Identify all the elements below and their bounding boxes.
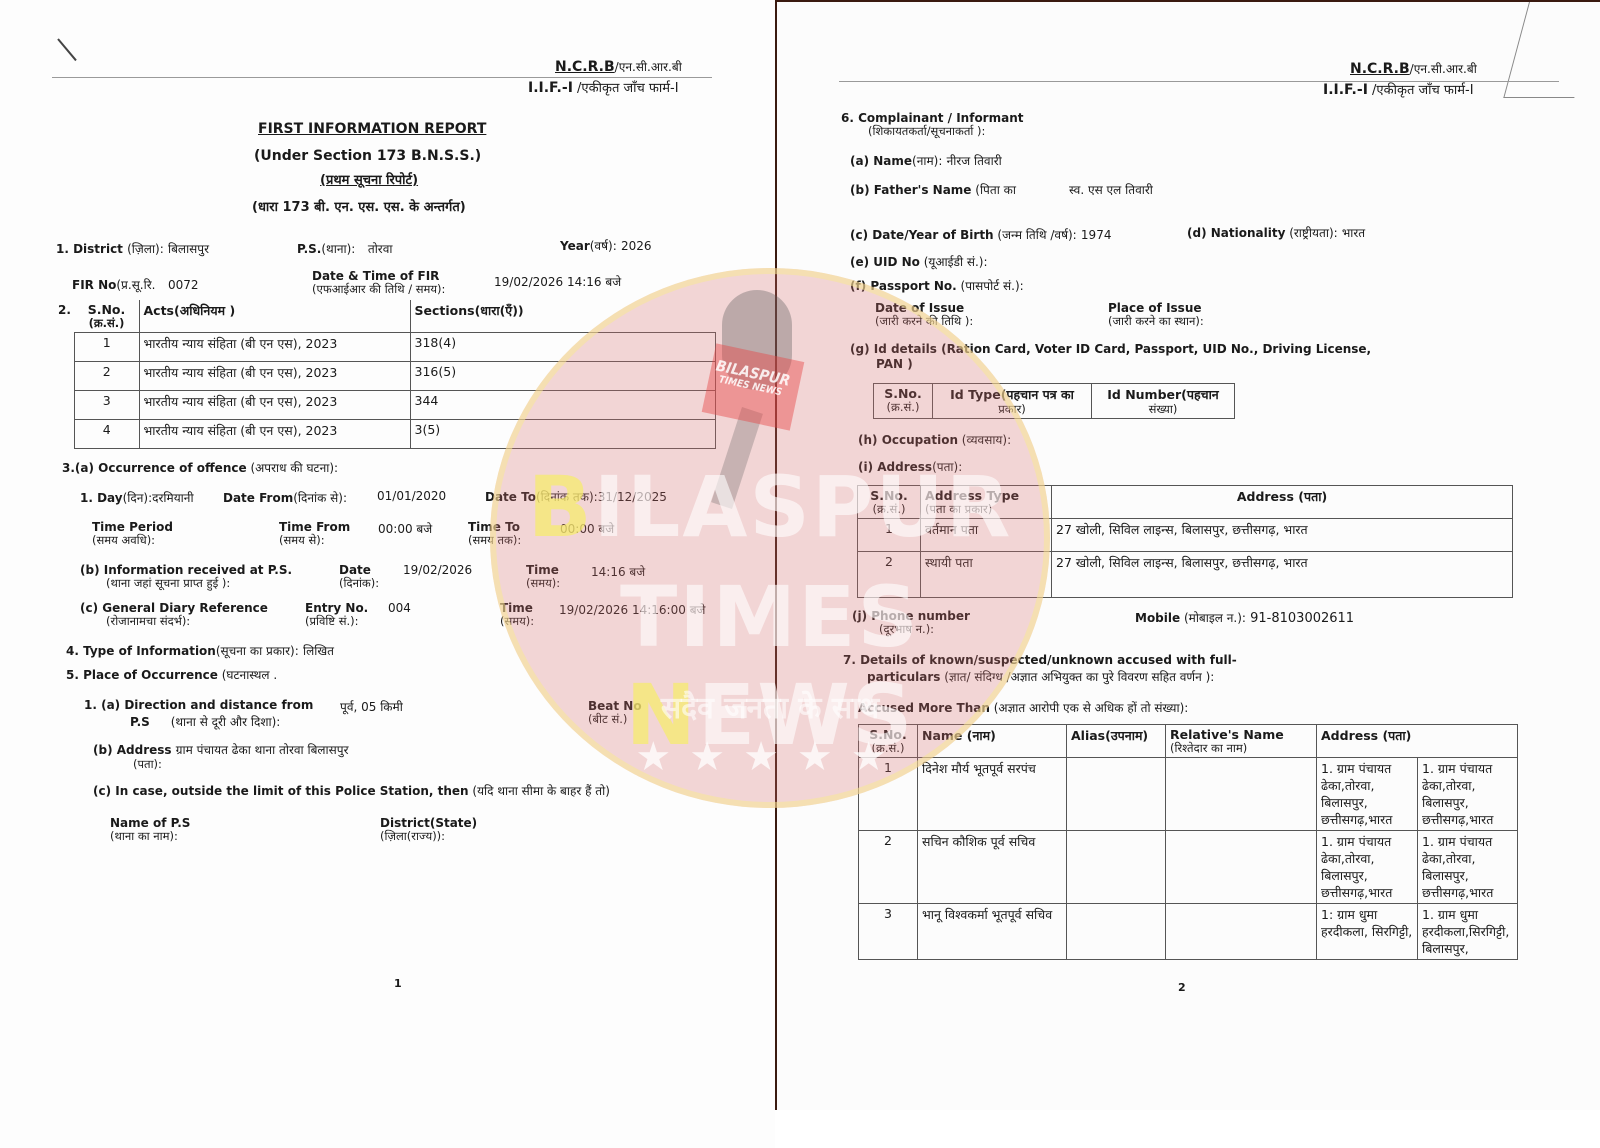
entry-no-label: Entry No.(प्रविष्टि सं.): xyxy=(305,601,368,628)
iif-code-hindi: /एकीकृत जाँच फार्म-I xyxy=(573,81,679,96)
row-address-2: 1. ग्राम पंचायत ढेका,तोरवा, बिलासपुर, छत… xyxy=(1418,758,1518,831)
row-sno: 2 xyxy=(75,362,140,391)
time-to-value: 00:00 बजे xyxy=(560,520,614,537)
col-address: Address (पता) xyxy=(1052,486,1513,519)
district-value: बिलासपुर xyxy=(168,242,209,256)
complainant-name-field: (a) Name(नाम): नीरज तिवारी xyxy=(850,152,1002,169)
page-number: 1 xyxy=(394,977,402,990)
issue-place-label: Place of Issue(जारी करने का स्थान): xyxy=(1108,301,1204,328)
table-row: 3भारतीय न्याय संहिता (बी एन एस), 2023344 xyxy=(75,391,716,420)
id-table-header: S.No.(क्र.सं.) Id Type(पहचान पत्र काप्रक… xyxy=(874,384,1235,419)
day-value: दरमियानी xyxy=(152,491,193,505)
row-alias xyxy=(1067,831,1166,904)
col-id-type: Id Type(पहचान पत्र काप्रकार) xyxy=(933,384,1092,419)
row-act: भारतीय न्याय संहिता (बी एन एस), 2023 xyxy=(139,391,410,420)
accused-table: S.No.(क्र.सं.) Name (नाम) Alias(उपनाम) R… xyxy=(858,724,1518,960)
table-row: 1 दिनेश मौर्य भूतपूर्व सरपंच 1. ग्राम पं… xyxy=(859,758,1518,831)
year-label-hindi: (वर्ष): xyxy=(590,239,617,253)
col-alias: Alias(उपनाम) xyxy=(1067,725,1166,758)
row-section: 318(4) xyxy=(410,333,716,362)
time-period-label: Time Period(समय अवधि): xyxy=(92,520,173,547)
col-name: Name (नाम) xyxy=(918,725,1067,758)
entry-no-value: 004 xyxy=(388,601,411,615)
ncrb-code: N.C.R.B xyxy=(555,59,615,75)
info-type-field: 4. Type of Information(सूचना का प्रकार):… xyxy=(66,642,334,659)
district-field: 1. District (ज़िला): बिलासपुर xyxy=(56,240,209,257)
complainant-address-table: S.No.(क्र.सं.) Address Type(पता का प्रका… xyxy=(857,485,1513,598)
col-act: Acts(अधिनियम ) xyxy=(139,300,410,333)
row-address-2: 1. ग्राम धुमा हरदीकला,सिरगिट्टी, बिलासपु… xyxy=(1418,904,1518,960)
row-sno: 3 xyxy=(75,391,140,420)
acts-table-header: S.No.(क्र.सं.) Acts(अधिनियम ) Sections(ध… xyxy=(75,300,716,333)
row-alias xyxy=(1067,904,1166,960)
direction-label-ps: P.S (थाना से दूरी और दिशा): xyxy=(130,713,280,730)
row-act: भारतीय न्याय संहिता (बी एन एस), 2023 xyxy=(139,362,410,391)
row-sno: 1 xyxy=(75,333,140,362)
info-received-label: (b) Information received at P.S.(थाना जह… xyxy=(80,563,292,590)
beat-no-label: Beat No(बीट सं.) xyxy=(588,699,642,726)
info-date-label: Date(दिनांक): xyxy=(339,563,379,590)
paper-corner xyxy=(1503,2,1600,98)
col-relative: Relative's Name(रिश्तेदार का नाम) xyxy=(1166,725,1317,758)
outside-limit-label: (c) In case, outside the limit of this P… xyxy=(93,782,610,799)
occurrence-address-field: (b) Address ग्राम पंचायत ढेका थाना तोरवा… xyxy=(93,741,349,771)
district-state-label: District(State)(ज़िला(राज्य)): xyxy=(380,816,477,843)
id-details-label: (g) Id details (Ration Card, Voter ID Ca… xyxy=(850,342,1371,356)
row-address: 27 खोली, सिविल लाइन्स, बिलासपुर, छत्तीसग… xyxy=(1052,552,1513,598)
col-sno: S.No.(क्र.सं.) xyxy=(75,300,140,333)
issue-date-label: Date of Issue(जारी करने की तिथि ): xyxy=(875,301,973,328)
info-time-value: 14:16 बजे xyxy=(591,563,645,580)
acts-table: S.No.(क्र.सं.) Acts(अधिनियम ) Sections(ध… xyxy=(74,300,716,449)
uid-field: (e) UID No (यूआईडी सं.): xyxy=(850,253,988,270)
fir-page-1: N.C.R.B/एन.सी.आर.बी I.I.F.-I /एकीकृत जाँ… xyxy=(0,0,775,1148)
pen-mark xyxy=(57,38,77,61)
time-to-label: Time To(समय तक): xyxy=(468,520,521,547)
col-sno: S.No.(क्र.सं.) xyxy=(859,725,918,758)
row-name: दिनेश मौर्य भूतपूर्व सरपंच xyxy=(918,758,1067,831)
row-sno: 2 xyxy=(859,831,918,904)
row-address: 27 खोली, सिविल लाइन्स, बिलासपुर, छत्तीसग… xyxy=(1052,519,1513,552)
info-type-value: लिखित xyxy=(303,644,334,658)
fir-datetime-field: Date & Time of FIR(एफआईआर की तिथि / समय)… xyxy=(312,269,445,296)
col-id-number: Id Number(पहचानसंख्या) xyxy=(1092,384,1235,419)
table-row: 1भारतीय न्याय संहिता (बी एन एस), 2023318… xyxy=(75,333,716,362)
nationality-value: भारत xyxy=(1342,226,1365,240)
col-address: Address (पता) xyxy=(1317,725,1518,758)
gd-time-value: 19/02/2026 14:16:00 बजे xyxy=(559,601,705,618)
ncrb-code-hindi: /एन.सी.आर.बी xyxy=(615,60,682,74)
date-from-value: 01/01/2020 xyxy=(377,489,446,503)
id-details-label-2: PAN ) xyxy=(876,357,913,371)
accused-more-than-label: Accused More Than (अज्ञात आरोपी एक से अध… xyxy=(858,699,1188,716)
dob-value: 1974 xyxy=(1081,228,1112,242)
page-title: FIRST INFORMATION REPORT xyxy=(258,121,486,137)
row-address-1: 1: ग्राम धुमा हरदीकला, सिरगिट्टी, xyxy=(1317,904,1418,960)
row-section: 3(5) xyxy=(410,420,716,449)
row-name: सचिन कौशिक पूर्व सचिव xyxy=(918,831,1067,904)
fir-datetime-label: Date & Time of FIR xyxy=(312,269,439,283)
date-to-value: 31/12/2025 xyxy=(598,490,667,504)
row-relative xyxy=(1166,758,1317,831)
gd-reference-label: (c) General Diary Reference(रोजानामचा सं… xyxy=(80,601,268,628)
date-to-field: Date To(दिनांक तक):31/12/2025 xyxy=(485,488,667,505)
ncrb-label: N.C.R.B/एन.सी.आर.बी xyxy=(1350,60,1477,77)
table-row: 2भारतीय न्याय संहिता (बी एन एस), 2023316… xyxy=(75,362,716,391)
table-row: 2 सचिन कौशिक पूर्व सचिव 1. ग्राम पंचायत … xyxy=(859,831,1518,904)
iif-code: I.I.F.-I xyxy=(528,80,573,96)
fir-datetime-value: 19/02/2026 14:16 बजे xyxy=(494,273,621,290)
row-relative xyxy=(1166,831,1317,904)
row-sno: 1 xyxy=(858,519,921,552)
info-time-label: Time(समय): xyxy=(526,563,560,590)
table-row: 2स्थायी पता27 खोली, सिविल लाइन्स, बिलासप… xyxy=(858,552,1513,598)
nationality-field: (d) Nationality (राष्ट्रीयता): भारत xyxy=(1187,224,1365,241)
row-alias xyxy=(1067,758,1166,831)
complainant-heading: 6. Complainant / Informant(शिकायतकर्ता/स… xyxy=(841,111,1023,138)
occurrence-heading: 3.(a) Occurrence of offence (अपराध की घट… xyxy=(62,459,338,476)
row-sno: 3 xyxy=(859,904,918,960)
occurrence-address-value: ग्राम पंचायत ढेका थाना तोरवा बिलासपुर xyxy=(176,743,349,757)
ps-field: P.S.(थाना): तोरवा xyxy=(297,240,393,257)
row-act: भारतीय न्याय संहिता (बी एन एस), 2023 xyxy=(139,333,410,362)
row-relative xyxy=(1166,904,1317,960)
row-sno: 2 xyxy=(858,552,921,598)
district-label: 1. District xyxy=(56,242,123,256)
ps-label: P.S. xyxy=(297,242,321,256)
time-from-value: 00:00 बजे xyxy=(378,520,432,537)
row-address-type: वर्तमान पता xyxy=(921,519,1052,552)
table-row: 4भारतीय न्याय संहिता (बी एन एस), 20233(5… xyxy=(75,420,716,449)
page-subtitle: (Under Section 173 B.N.S.S.) xyxy=(254,148,481,164)
row-address-1: 1. ग्राम पंचायत ढेका,तोरवा, बिलासपुर, छत… xyxy=(1317,758,1418,831)
page-number: 2 xyxy=(1178,981,1186,994)
info-date-value: 19/02/2026 xyxy=(403,563,472,577)
fir-no-value: 0072 xyxy=(168,278,199,292)
address-label: (i) Address(पता): xyxy=(858,458,962,475)
id-details-table: S.No.(क्र.सं.) Id Type(पहचान पत्र काप्रक… xyxy=(873,383,1235,419)
col-section: Sections(धारा(एँ)) xyxy=(410,300,716,333)
row-sno: 1 xyxy=(859,758,918,831)
dob-field: (c) Date/Year of Birth (जन्म तिथि /वर्ष)… xyxy=(850,226,1111,243)
fir-datetime-label-hindi: (एफआईआर की तिथि / समय): xyxy=(312,283,445,296)
table-row: 1वर्तमान पता27 खोली, सिविल लाइन्स, बिलास… xyxy=(858,519,1513,552)
day-field: 1. Day(दिन):दरमियानी xyxy=(80,489,194,506)
year-label: Year xyxy=(560,239,590,253)
page-subtitle-hindi: (धारा 173 बी. एन. एस. एस. के अन्तर्गत) xyxy=(252,197,466,215)
fir-no-label-hindi: (प्र.सू.रि. xyxy=(116,278,155,292)
occupation-field: (h) Occupation (व्यवसाय): xyxy=(858,431,1011,448)
row-act: भारतीय न्याय संहिता (बी एन एस), 2023 xyxy=(139,420,410,449)
page-title-hindi: (प्रथम सूचना रिपोर्ट) xyxy=(320,170,418,188)
col-sno: S.No.(क्र.सं.) xyxy=(874,384,933,419)
section-2-number: 2. xyxy=(58,303,71,317)
passport-field: (f) Passport No. (पासपोर्ट सं.): xyxy=(850,277,1024,294)
accused-heading-2: particulars (ज्ञात/ संदिग्ध /अज्ञात अभिय… xyxy=(867,668,1214,685)
year-field: Year(वर्ष): 2026 xyxy=(560,237,652,254)
accused-heading: 7. Details of known/suspected/unknown ac… xyxy=(843,653,1237,667)
mobile-value: 91-8103002611 xyxy=(1250,611,1354,626)
ps-value: तोरवा xyxy=(368,242,393,256)
direction-label: 1. (a) Direction and distance from xyxy=(84,698,313,712)
time-from-label: Time From(समय से): xyxy=(279,520,350,547)
ncrb-label: N.C.R.B/एन.सी.आर.बी xyxy=(555,58,682,75)
ps-name-label: Name of P.S(थाना का नाम): xyxy=(110,816,190,843)
year-value: 2026 xyxy=(621,239,652,253)
col-sno: S.No.(क्र.सं.) xyxy=(858,486,921,519)
complainant-name-value: नीरज तिवारी xyxy=(947,154,1002,168)
row-address-2: 1. ग्राम पंचायत ढेका,तोरवा, बिलासपुर, छत… xyxy=(1418,831,1518,904)
direction-value: पूर्व, 05 किमी xyxy=(340,698,403,715)
ps-label-hindi: (थाना): xyxy=(321,242,355,256)
phone-label: (j) Phone number(दूरभाष न.): xyxy=(852,609,970,636)
gd-time-label: Time(समय): xyxy=(500,601,534,628)
place-of-occurrence-heading: 5. Place of Occurrence (घटनास्थल . xyxy=(66,666,277,683)
date-from-field: Date From(दिनांक से): xyxy=(223,489,347,506)
iif-label: I.I.F.-I /एकीकृत जाँच फार्म-I xyxy=(528,78,679,96)
row-sno: 4 xyxy=(75,420,140,449)
father-name-value: स्व. एस एल तिवारी xyxy=(1069,181,1153,198)
fir-page-2: N.C.R.B/एन.सी.आर.बी I.I.F.-I /एकीकृत जाँ… xyxy=(775,0,1600,1110)
fir-no-field: FIR No(प्र.सू.रि. 0072 xyxy=(72,276,199,293)
row-section: 316(5) xyxy=(410,362,716,391)
mobile-field: Mobile (मोबाइल न.): 91-8103002611 xyxy=(1135,609,1354,626)
fir-no-label: FIR No xyxy=(72,278,116,292)
table-row: 3 भानू विश्वकर्मा भूतपूर्व सचिव 1: ग्राम… xyxy=(859,904,1518,960)
row-address-type: स्थायी पता xyxy=(921,552,1052,598)
district-label-hindi: (ज़िला): xyxy=(127,242,164,256)
row-name: भानू विश्वकर्मा भूतपूर्व सचिव xyxy=(918,904,1067,960)
row-address-1: 1. ग्राम पंचायत ढेका,तोरवा, बिलासपुर, छत… xyxy=(1317,831,1418,904)
col-address-type: Address Type(पता का प्रकार) xyxy=(921,486,1052,519)
row-section: 344 xyxy=(410,391,716,420)
iif-label: I.I.F.-I /एकीकृत जाँच फार्म-I xyxy=(1323,80,1474,98)
accused-table-header: S.No.(क्र.सं.) Name (नाम) Alias(उपनाम) R… xyxy=(859,725,1518,758)
address-table-header: S.No.(क्र.सं.) Address Type(पता का प्रका… xyxy=(858,486,1513,519)
father-name-field: (b) Father's Name (पिता का xyxy=(850,181,1016,198)
